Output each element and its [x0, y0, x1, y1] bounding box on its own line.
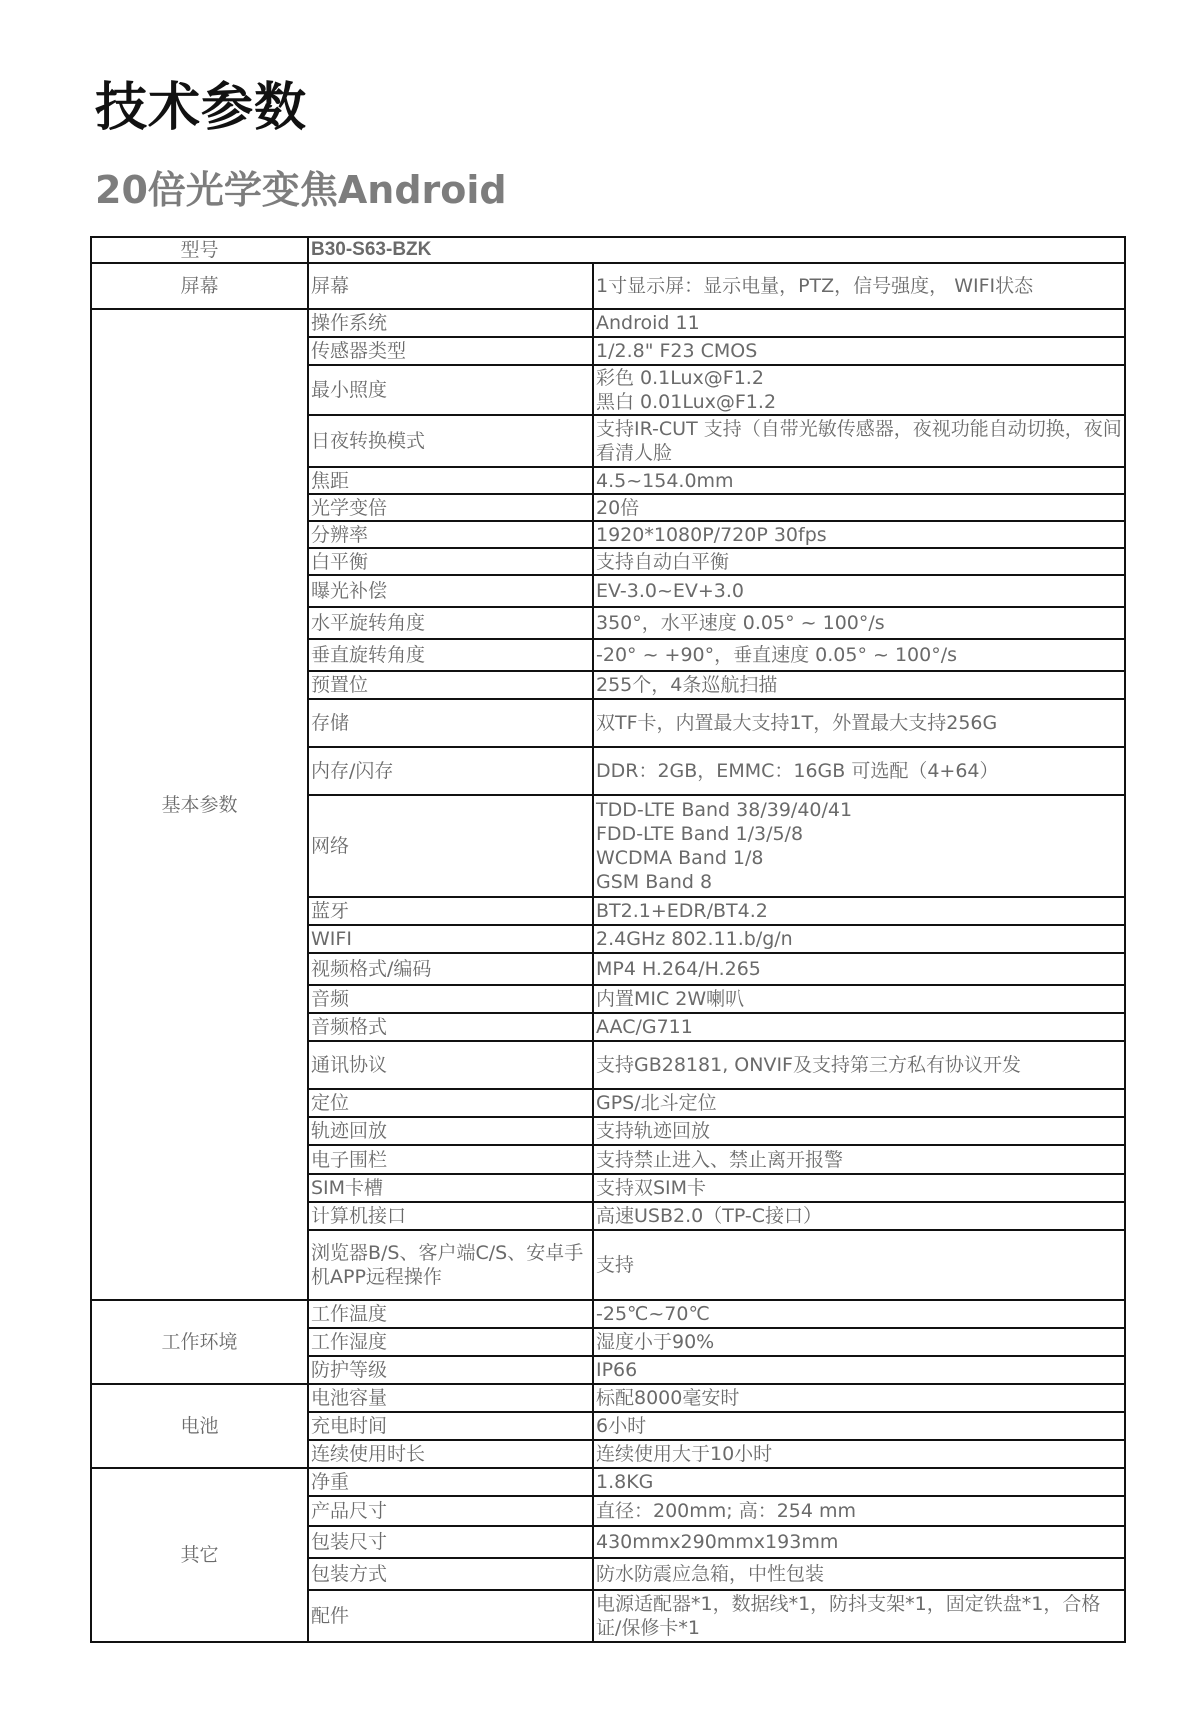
product-subtitle: 20倍光学变焦Android [95, 170, 507, 212]
param-value-cell: 支持自动白平衡 [593, 548, 1125, 575]
param-name-cell: 音频 [308, 985, 593, 1013]
spec-row: 其它净重1.8KG [91, 1468, 1125, 1496]
param-value-cell: 6小时 [593, 1412, 1125, 1440]
param-value-cell: 连续使用大于10小时 [593, 1440, 1125, 1468]
param-value-cell: 1.8KG [593, 1468, 1125, 1496]
screen-param: 屏幕 [308, 263, 593, 309]
model-row: 型号 B30-S63-BZK [91, 237, 1125, 263]
param-name-cell: 充电时间 [308, 1412, 593, 1440]
param-name-cell: 操作系统 [308, 309, 593, 337]
param-value-cell: 彩色 0.1Lux@F1.2 黑白 0.01Lux@F1.2 [593, 365, 1125, 415]
param-value-cell: IP66 [593, 1356, 1125, 1384]
param-name-cell: 包装尺寸 [308, 1526, 593, 1558]
param-value-cell: GPS/北斗定位 [593, 1089, 1125, 1117]
param-value-cell: 防水防震应急箱，中性包装 [593, 1558, 1125, 1590]
param-value-cell: MP4 H.264/H.265 [593, 953, 1125, 985]
param-value-cell: 430mmx290mmx193mm [593, 1526, 1125, 1558]
param-name-cell: 存储 [308, 699, 593, 747]
param-value-cell: AAC/G711 [593, 1013, 1125, 1041]
param-value-cell: 支持 [593, 1230, 1125, 1300]
screen-category: 屏幕 [91, 263, 308, 309]
param-name-cell: 工作湿度 [308, 1328, 593, 1356]
model-value: B30-S63-BZK [308, 237, 1125, 263]
category-cell: 工作环境 [91, 1300, 308, 1384]
param-value-cell: 直径：200mm; 高：254 mm [593, 1496, 1125, 1526]
param-name-cell: 蓝牙 [308, 897, 593, 925]
page-title: 技术参数 [95, 80, 307, 137]
param-value-cell: 支持GB28181, ONVIF及支持第三方私有协议开发 [593, 1041, 1125, 1089]
param-name-cell: 电池容量 [308, 1384, 593, 1412]
param-value-cell: 双TF卡，内置最大支持1T，外置最大支持256G [593, 699, 1125, 747]
param-value-cell: 内置MIC 2W喇叭 [593, 985, 1125, 1013]
param-value-cell: EV-3.0~EV+3.0 [593, 575, 1125, 607]
param-name-cell: 焦距 [308, 467, 593, 494]
spec-row: 基本参数操作系统Android 11 [91, 309, 1125, 337]
param-name-cell: 定位 [308, 1089, 593, 1117]
param-value-cell: 1920*1080P/720P 30fps [593, 521, 1125, 548]
param-value-cell: 支持IR-CUT 支持（自带光敏传感器，夜视功能自动切换，夜间看清人脸 [593, 415, 1125, 467]
param-name-cell: 轨迹回放 [308, 1117, 593, 1145]
spec-table: 型号 B30-S63-BZK 屏幕 屏幕 1寸显示屏：显示电量，PTZ，信号强度… [90, 236, 1126, 1643]
category-cell: 基本参数 [91, 309, 308, 1300]
param-value-cell: 湿度小于90% [593, 1328, 1125, 1356]
param-name-cell: WIFI [308, 925, 593, 953]
param-name-cell: 通讯协议 [308, 1041, 593, 1089]
param-name-cell: 电子围栏 [308, 1145, 593, 1174]
param-value-cell: -20° ~ +90°，垂直速度 0.05° ~ 100°/s [593, 639, 1125, 671]
category-cell: 其它 [91, 1468, 308, 1642]
param-name-cell: 计算机接口 [308, 1202, 593, 1230]
param-value-cell: DDR：2GB，EMMC：16GB 可选配（4+64） [593, 747, 1125, 795]
param-name-cell: 最小照度 [308, 365, 593, 415]
screen-row: 屏幕 屏幕 1寸显示屏：显示电量，PTZ，信号强度， WIFI状态 [91, 263, 1125, 309]
param-name-cell: 净重 [308, 1468, 593, 1496]
param-name-cell: 音频格式 [308, 1013, 593, 1041]
screen-value: 1寸显示屏：显示电量，PTZ，信号强度， WIFI状态 [593, 263, 1125, 309]
param-name-cell: 工作温度 [308, 1300, 593, 1328]
param-name-cell: 日夜转换模式 [308, 415, 593, 467]
param-value-cell: -25℃~70℃ [593, 1300, 1125, 1328]
param-value-cell: 支持轨迹回放 [593, 1117, 1125, 1145]
model-label: 型号 [91, 237, 308, 263]
param-value-cell: 255个，4条巡航扫描 [593, 671, 1125, 699]
spec-row: 工作环境工作温度-25℃~70℃ [91, 1300, 1125, 1328]
param-value-cell: TDD-LTE Band 38/39/40/41 FDD-LTE Band 1/… [593, 795, 1125, 897]
spec-row: 电池电池容量标配8000毫安时 [91, 1384, 1125, 1412]
param-name-cell: 光学变倍 [308, 494, 593, 521]
spec-table-body: 型号 B30-S63-BZK 屏幕 屏幕 1寸显示屏：显示电量，PTZ，信号强度… [91, 237, 1125, 1642]
param-value-cell: 2.4GHz 802.11.b/g/n [593, 925, 1125, 953]
param-name-cell: 防护等级 [308, 1356, 593, 1384]
param-name-cell: 内存/闪存 [308, 747, 593, 795]
param-value-cell: 4.5~154.0mm [593, 467, 1125, 494]
param-name-cell: 分辨率 [308, 521, 593, 548]
category-cell: 电池 [91, 1384, 308, 1468]
param-value-cell: Android 11 [593, 309, 1125, 337]
param-name-cell: 网络 [308, 795, 593, 897]
param-name-cell: 白平衡 [308, 548, 593, 575]
param-name-cell: 预置位 [308, 671, 593, 699]
param-value-cell: 支持禁止进入、禁止离开报警 [593, 1145, 1125, 1174]
param-name-cell: 包装方式 [308, 1558, 593, 1590]
param-name-cell: 传感器类型 [308, 337, 593, 365]
param-name-cell: 水平旋转角度 [308, 607, 593, 639]
param-value-cell: 电源适配器*1，数据线*1，防抖支架*1，固定铁盘*1，合格证/保修卡*1 [593, 1590, 1125, 1642]
param-name-cell: 垂直旋转角度 [308, 639, 593, 671]
param-value-cell: 支持双SIM卡 [593, 1174, 1125, 1202]
param-name-cell: 配件 [308, 1590, 593, 1642]
param-name-cell: SIM卡槽 [308, 1174, 593, 1202]
param-name-cell: 连续使用时长 [308, 1440, 593, 1468]
param-value-cell: 1/2.8" F23 CMOS [593, 337, 1125, 365]
param-name-cell: 曝光补偿 [308, 575, 593, 607]
param-value-cell: 20倍 [593, 494, 1125, 521]
param-value-cell: 高速USB2.0（TP-C接口） [593, 1202, 1125, 1230]
param-name-cell: 产品尺寸 [308, 1496, 593, 1526]
param-name-cell: 浏览器B/S、客户端C/S、安卓手机APP远程操作 [308, 1230, 593, 1300]
param-value-cell: 标配8000毫安时 [593, 1384, 1125, 1412]
param-name-cell: 视频格式/编码 [308, 953, 593, 985]
param-value-cell: BT2.1+EDR/BT4.2 [593, 897, 1125, 925]
param-value-cell: 350°，水平速度 0.05° ~ 100°/s [593, 607, 1125, 639]
